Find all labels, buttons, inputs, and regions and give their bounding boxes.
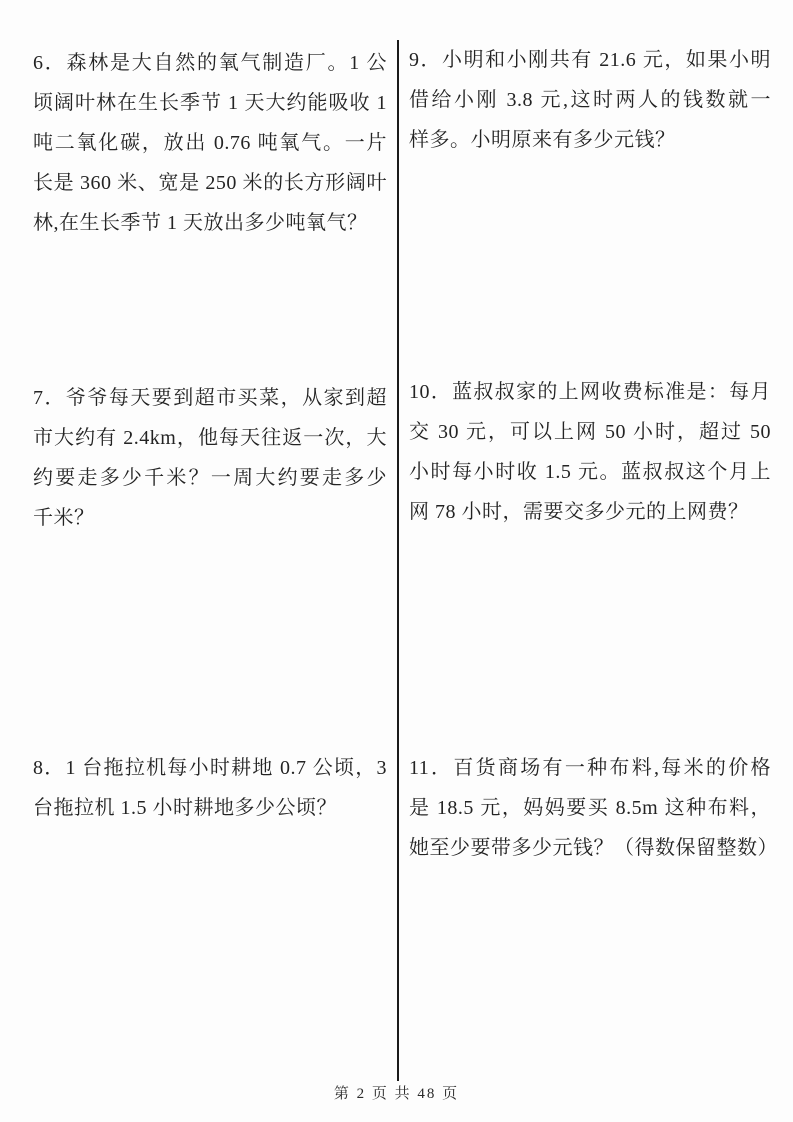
problem-11-line-2: 是 18.5 元，妈妈要买 8.5m 这种布料， (409, 788, 771, 828)
problem-7: 7．爷爷每天要到超市买菜，从家到超 市大约有 2.4km，他每天往返一次，大 约… (33, 378, 387, 538)
right-column: 9．小明和小刚共有 21.6 元，如果小明 借给小刚 3.8 元,这时两人的钱数… (409, 0, 771, 1122)
left-column: 6．森林是大自然的氧气制造厂。1 公 顷阔叶林在生长季节 1 天大约能吸收 1 … (33, 0, 387, 1122)
problem-11: 11．百货商场有一种布料,每米的价格 是 18.5 元，妈妈要买 8.5m 这种… (409, 748, 771, 868)
problem-10: 10．蓝叔叔家的上网收费标准是：每月 交 30 元，可以上网 50 小时，超过 … (409, 372, 771, 532)
problem-11-line-3: 她至少要带多少元钱？（得数保留整数） (409, 828, 771, 868)
problem-7-line-2: 市大约有 2.4km，他每天往返一次，大 (33, 418, 387, 458)
problem-10-line-2: 交 30 元，可以上网 50 小时，超过 50 (409, 412, 771, 452)
problem-8-line-1: 8．1 台拖拉机每小时耕地 0.7 公顷，3 (33, 748, 387, 788)
problem-9-line-2: 借给小刚 3.8 元,这时两人的钱数就一 (409, 80, 771, 120)
problem-8-line-2: 台拖拉机 1.5 小时耕地多少公顷？ (33, 788, 387, 828)
problem-10-line-3: 小时每小时收 1.5 元。蓝叔叔这个月上 (409, 452, 771, 492)
worksheet-page: 6．森林是大自然的氧气制造厂。1 公 顷阔叶林在生长季节 1 天大约能吸收 1 … (0, 0, 793, 1122)
problem-10-line-1: 10．蓝叔叔家的上网收费标准是：每月 (409, 372, 771, 412)
problem-7-line-1: 7．爷爷每天要到超市买菜，从家到超 (33, 378, 387, 418)
problem-9: 9．小明和小刚共有 21.6 元，如果小明 借给小刚 3.8 元,这时两人的钱数… (409, 40, 771, 160)
problem-6-line-2: 顷阔叶林在生长季节 1 天大约能吸收 1 (33, 83, 387, 123)
problem-6: 6．森林是大自然的氧气制造厂。1 公 顷阔叶林在生长季节 1 天大约能吸收 1 … (33, 43, 387, 243)
problem-8: 8．1 台拖拉机每小时耕地 0.7 公顷，3 台拖拉机 1.5 小时耕地多少公顷… (33, 748, 387, 828)
problem-7-line-4: 千米？ (33, 498, 387, 538)
problem-6-line-4: 长是 360 米、宽是 250 米的长方形阔叶 (33, 163, 387, 203)
problem-6-line-3: 吨二氧化碳，放出 0.76 吨氧气。一片 (33, 123, 387, 163)
problem-6-line-1: 6．森林是大自然的氧气制造厂。1 公 (33, 43, 387, 83)
problem-11-line-1: 11．百货商场有一种布料,每米的价格 (409, 748, 771, 788)
column-divider-line (397, 40, 399, 1081)
problem-10-line-4: 网 78 小时，需要交多少元的上网费？ (409, 492, 771, 532)
problem-9-line-3: 样多。小明原来有多少元钱？ (409, 120, 771, 160)
problem-6-line-5: 林,在生长季节 1 天放出多少吨氧气？ (33, 203, 387, 243)
problem-9-line-1: 9．小明和小刚共有 21.6 元，如果小明 (409, 40, 771, 80)
page-footer: 第 2 页 共 48 页 (0, 1082, 793, 1103)
problem-7-line-3: 约要走多少千米？一周大约要走多少 (33, 458, 387, 498)
